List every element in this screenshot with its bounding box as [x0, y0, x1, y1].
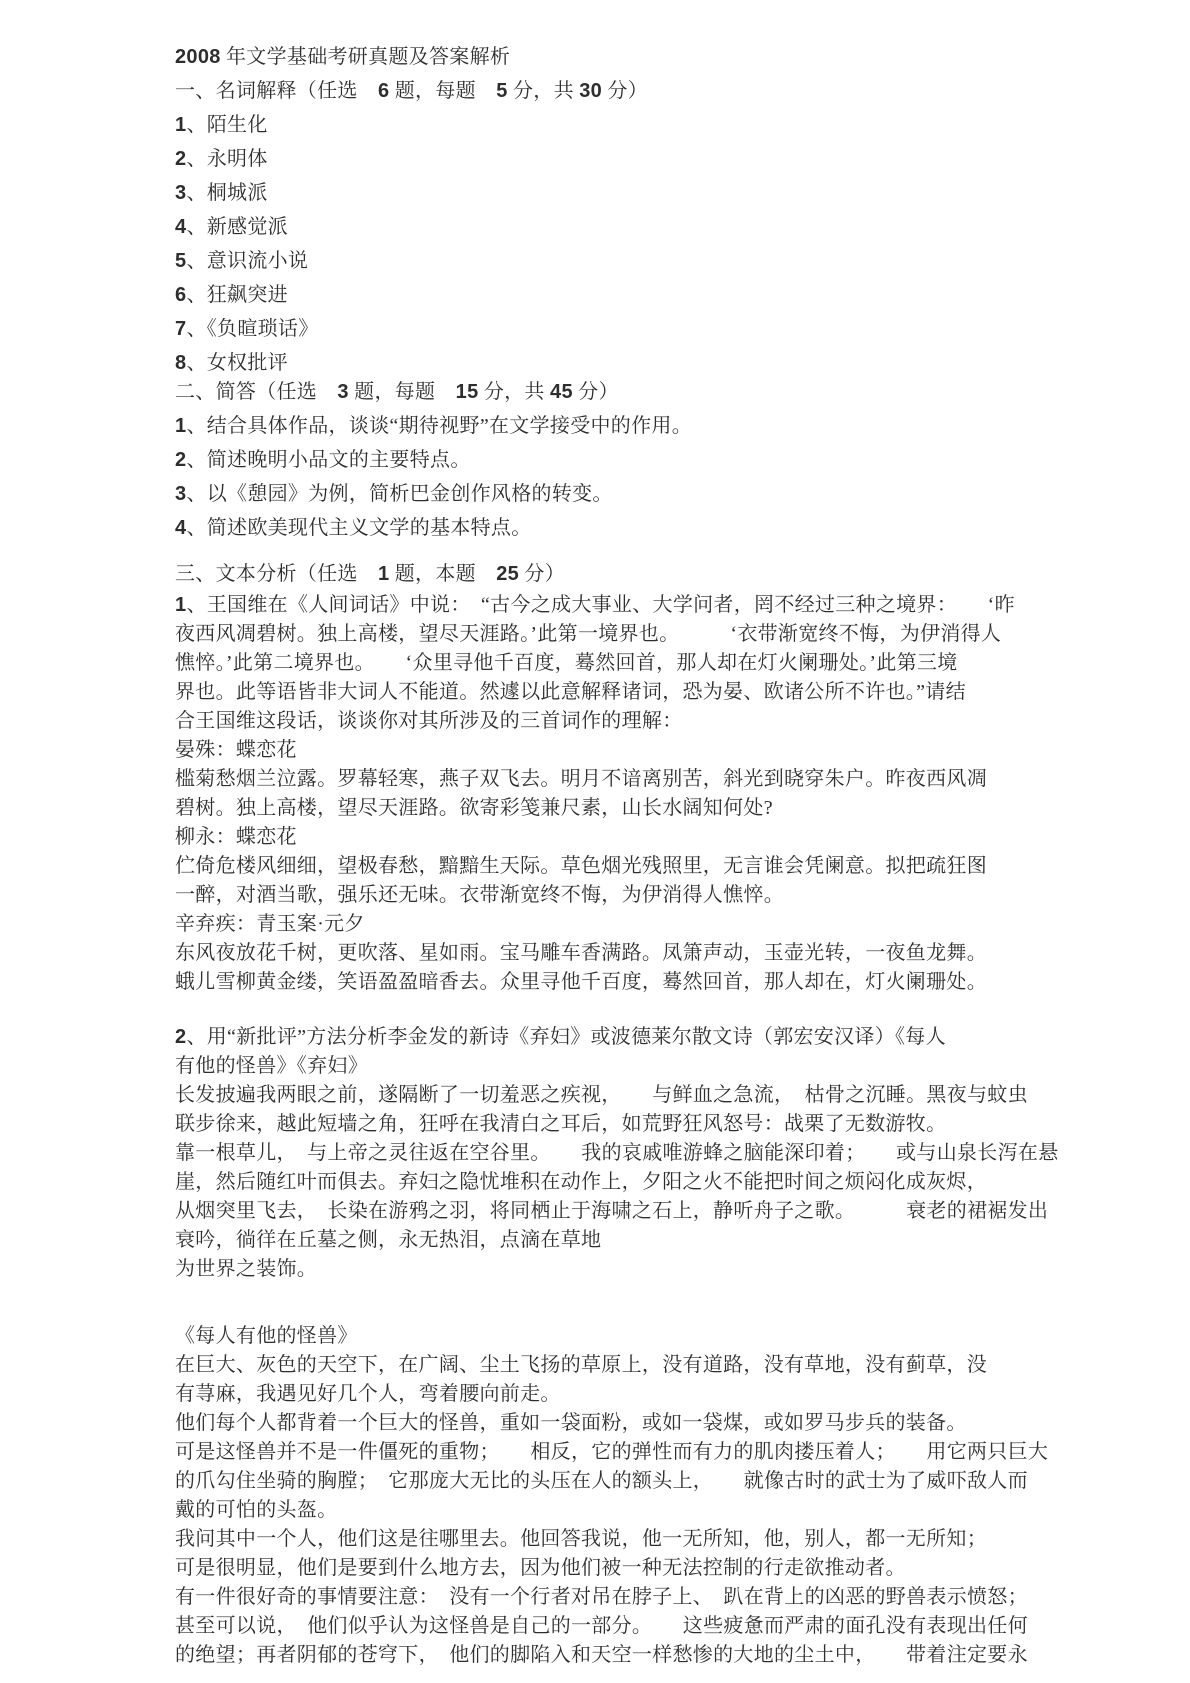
beast-poem-line: 有荨麻，我遇见好几个人，弯着腰向前走。 — [175, 1380, 1045, 1409]
question1-line: 界也。此等语皆非大词人不能道。然遽以此意解释诸词，恐为晏、欧诸公所不许也。”请结 — [175, 678, 1045, 707]
section1-heading: 一、名词解释（任选 6 题，每题 5 分，共 30 分） — [175, 74, 1045, 108]
beast-poem-line: 我问其中一个人，他们这是往哪里去。他回答我说，他一无所知，他，别人，都一无所知； — [175, 1525, 1045, 1554]
beast-poem-line: 可是这怪兽并不是一件僵死的重物； 相反，它的弹性而有力的肌肉搂压着人； 用它两只… — [175, 1438, 1045, 1467]
section1-item: 1、陌生化 — [175, 108, 1045, 142]
qifu-poem-line: 靠一根草儿， 与上帝之灵往返在空谷里。 我的哀戚唯游蜂之脑能深印着； 或与山泉长… — [175, 1139, 1045, 1168]
section3-heading: 三、文本分析（任选 1 题，本题 25 分） — [175, 557, 1045, 591]
qifu-poem-line: 长发披遍我两眼之前，遂隔断了一切羞恶之疾视， 与鲜血之急流， 枯骨之沉睡。黑夜与… — [175, 1081, 1045, 1110]
poem-line: 蛾儿雪柳黄金缕，笑语盈盈暗香去。众里寻他千百度，蓦然回首，那人却在，灯火阑珊处。 — [175, 968, 1045, 997]
doc-title: 2008 年文学基础考研真题及答案解析 — [175, 40, 1045, 74]
poem-line: 一醉，对酒当歌，强乐还无味。衣带渐宽终不悔，为伊消得人憔悴。 — [175, 881, 1045, 910]
qifu-poem-line: 从烟突里飞去， 长染在游鸦之羽，将同栖止于海啸之石上，静听舟子之歌。 衰老的裙裾… — [175, 1197, 1045, 1226]
question1-line: 夜西风凋碧树。独上高楼，望尽天涯路。’此第一境界也。 ‘衣带渐宽终不悔，为伊消得… — [175, 620, 1045, 649]
document-page: 2008 年文学基础考研真题及答案解析 一、名词解释（任选 6 题，每题 5 分… — [175, 40, 1045, 1670]
qifu-poem-line: 崖，然后随红叶而俱去。弃妇之隐忧堆积在动作上，夕阳之火不能把时间之烦闷化成灰烬， — [175, 1168, 1045, 1197]
section2-item: 4、简述欧美现代主义文学的基本特点。 — [175, 511, 1045, 545]
question1-line: 1、王国维在《人间词话》中说： “古今之成大事业、大学问者，罔不经过三种之境界：… — [175, 591, 1045, 620]
qifu-poem-line: 联步徐来，越此短墙之角，狂呼在我清白之耳后，如荒野狂风怒号：战栗了无数游牧。 — [175, 1110, 1045, 1139]
qifu-poem-line: 为世界之装饰。 — [175, 1255, 1045, 1284]
beast-poem-line: 有一件很好奇的事情要注意： 没有一个行者对吊在脖子上、 趴在背上的凶恶的野兽表示… — [175, 1583, 1045, 1612]
section2-heading: 二、简答（任选 3 题，每题 15 分，共 45 分） — [175, 375, 1045, 409]
poem-line: 槛菊愁烟兰泣露。罗幕轻寒，燕子双飞去。明月不谙离别苦，斜光到晓穿朱户。昨夜西风凋 — [175, 765, 1045, 794]
beast-poem-line: 的爪勾住坐骑的胸膛； 它那庞大无比的头压在人的额头上， 就像古时的武士为了威吓敌… — [175, 1467, 1045, 1496]
beast-poem-line: 戴的可怕的头盔。 — [175, 1496, 1045, 1525]
question2-line: 2、用“新批评”方法分析李金发的新诗《弃妇》或波德莱尔散文诗（郭宏安汉译）《每人 — [175, 1023, 1045, 1052]
section2-item: 1、结合具体作品，谈谈“期待视野”在文学接受中的作用。 — [175, 409, 1045, 443]
section1-item: 6、狂飙突进 — [175, 278, 1045, 312]
section1-item: 5、意识流小说 — [175, 244, 1045, 278]
beast-poem-line: 他们每个人都背着一个巨大的怪兽，重如一袋面粉，或如一袋煤，或如罗马步兵的装备。 — [175, 1409, 1045, 1438]
poem-author-yanshu: 晏殊：蝶恋花 — [175, 736, 1045, 765]
section2-item: 3、以《憩园》为例，简析巴金创作风格的转变。 — [175, 477, 1045, 511]
qifu-poem-line: 衰吟，徜徉在丘墓之侧，永无热泪，点滴在草地 — [175, 1226, 1045, 1255]
beast-poem-title: 《每人有他的怪兽》 — [175, 1322, 1045, 1351]
poem-line: 东风夜放花千树，更吹落、星如雨。宝马雕车香满路。凤箫声动，玉壶光转，一夜鱼龙舞。 — [175, 939, 1045, 968]
poem-author-liuyong: 柳永：蝶恋花 — [175, 823, 1045, 852]
poem-line: 伫倚危楼风细细，望极春愁，黯黯生天际。草色烟光残照里，无言谁会凭阑意。拟把疏狂图 — [175, 852, 1045, 881]
section1-item: 7、《负暄琐话》 — [175, 312, 1045, 346]
beast-poem-line: 甚至可以说， 他们似乎认为这怪兽是自己的一部分。 这些疲惫而严肃的面孔没有表现出… — [175, 1612, 1045, 1641]
question2-line: 有他的怪兽》《弃妇》 — [175, 1052, 1045, 1081]
question1-line: 合王国维这段话，谈谈你对其所涉及的三首词作的理解： — [175, 707, 1045, 736]
poem-author-xinqiji: 辛弃疾：青玉案·元夕 — [175, 910, 1045, 939]
section1-item: 4、新感觉派 — [175, 210, 1045, 244]
poem-line: 碧树。独上高楼，望尽天涯路。欲寄彩笺兼尺素，山长水阔知何处? — [175, 794, 1045, 823]
section1-item: 2、永明体 — [175, 142, 1045, 176]
section1-item: 3、桐城派 — [175, 176, 1045, 210]
section2-item: 2、简述晚明小品文的主要特点。 — [175, 443, 1045, 477]
beast-poem-line: 可是很明显，他们是要到什么地方去，因为他们被一种无法控制的行走欲推动者。 — [175, 1554, 1045, 1583]
question1-line: 憔悴。’此第二境界也。 ‘众里寻他千百度，蓦然回首，那人却在灯火阑珊处。’此第三… — [175, 649, 1045, 678]
beast-poem-line: 在巨大、灰色的天空下，在广阔、尘土飞扬的草原上，没有道路，没有草地，没有蓟草，没 — [175, 1351, 1045, 1380]
beast-poem-line: 的绝望；再者阴郁的苍穹下， 他们的脚陷入和天空一样愁惨的大地的尘土中， 带着注定… — [175, 1641, 1045, 1670]
